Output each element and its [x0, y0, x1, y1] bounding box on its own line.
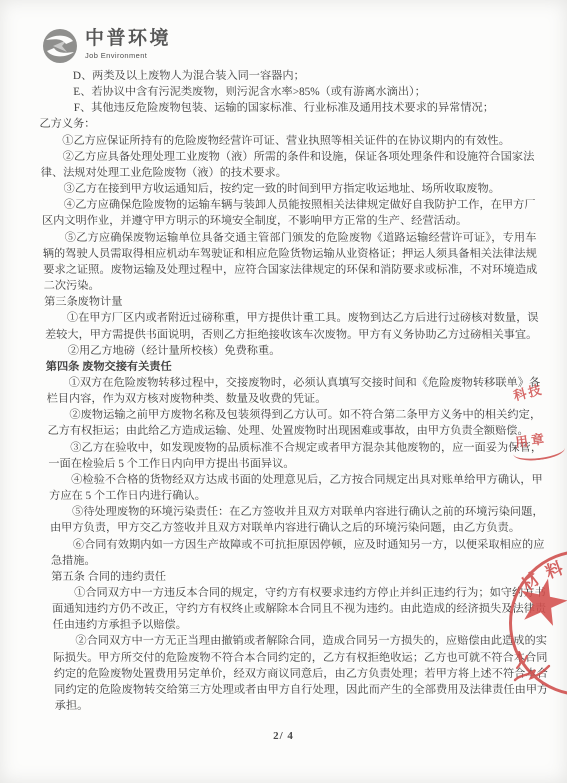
paragraph: ②合同双方中一方无正当理由撤销或者解除合同，造成合同另一方损失的，应赔偿由此造成…	[53, 633, 549, 714]
logo-name-en: Job Environment	[85, 51, 171, 60]
paragraph: F、其他违反危险废物包装、运输的国家标准、行业标准及通用技术要求的异常情况；	[39, 100, 533, 116]
paragraph: 乙方义务：	[39, 116, 533, 132]
paragraph: ①乙方应保证所持有的危险废物经营许可证、营业执照等相关证件的在协议期内的有效性。	[40, 133, 534, 149]
paragraph: 第四条 废物交接有关责任	[46, 359, 540, 375]
company-logo: 中普环境 Job Environment	[40, 26, 171, 66]
paragraph: ④乙方应确保危险废物的运输车辆与装卸人员能按照相关法律规定做好自我防护工作，在甲…	[41, 197, 536, 229]
paragraph: ②乙方应具备处理处理工业废物（液）所需的条件和设施，保证各项处理条件和设施符合国…	[40, 149, 535, 181]
paragraph: ⑤乙方应确保废物运输单位具备交通主管部门颁发的危险废物《道路运输经营许可证》，专…	[42, 230, 538, 295]
logo-name-cn: 中普环境	[85, 28, 171, 50]
paragraph: 第三条废物计量	[44, 294, 538, 310]
paragraph: ④检验不合格的货物经双方达成书面的处理意见后，乙方按合同规定出具对账单给甲方确认…	[49, 472, 544, 504]
paragraph: ⑤待处理废物的环境污染责任：在乙方签收并且双方对联单内容进行确认之前的环境污染问…	[49, 504, 544, 536]
paragraph: ②用乙方地磅（经计量所校核）免费称重。	[45, 343, 539, 359]
page-number: 2/ 4	[0, 730, 567, 742]
paragraph: ②废物运输之前甲方废物名称及包装须得到乙方认可。如不符合第二条甲方义务中的相关约…	[47, 407, 542, 439]
paragraph: ③乙方在验收中，如发现废物的品质标准不合规定或者甲方混杂其他废物的，应一面妥为保…	[48, 440, 543, 472]
paragraph: ①合同双方中一方违反本合同的规定，守约方有权要求违约方停止并纠正违约行为；如守约…	[52, 585, 547, 633]
contract-text-body: D、两类及以上废物人为混合装入同一容器内；E、若协议中含有污泥类废物，则污泥含水…	[38, 68, 549, 714]
paragraph: ⑥合同有效期内如一方因生产故障或不可抗拒原因停顿，应及时通知另一方，以便采取相应…	[50, 537, 545, 569]
paragraph: E、若协议中含有污泥类废物，则污泥含水率>85%（或有游离水滴出）；	[38, 84, 532, 100]
paragraph: 第五条 合同的违约责任	[51, 569, 545, 585]
logo-swirl-icon	[40, 26, 80, 66]
paragraph: ①在甲方厂区内或者附近过磅称重，甲方提供计重工具。废物到达乙方后进行过磅核对数量…	[44, 310, 539, 342]
scanned-contract-page: 中普环境 Job Environment D、两类及以上废物人为混合装入同一容器…	[0, 0, 567, 783]
paragraph: ①双方在危险废物转移过程中，交接废物时，必须认真填写交接时间和《危险废物转移联单…	[46, 375, 541, 407]
paragraph: ③乙方在接到甲方收运通知后，按约定一致的时间到甲方指定收运地址、场所收取废物。	[41, 181, 535, 197]
paragraph: D、两类及以上废物人为混合装入同一容器内；	[38, 68, 532, 84]
